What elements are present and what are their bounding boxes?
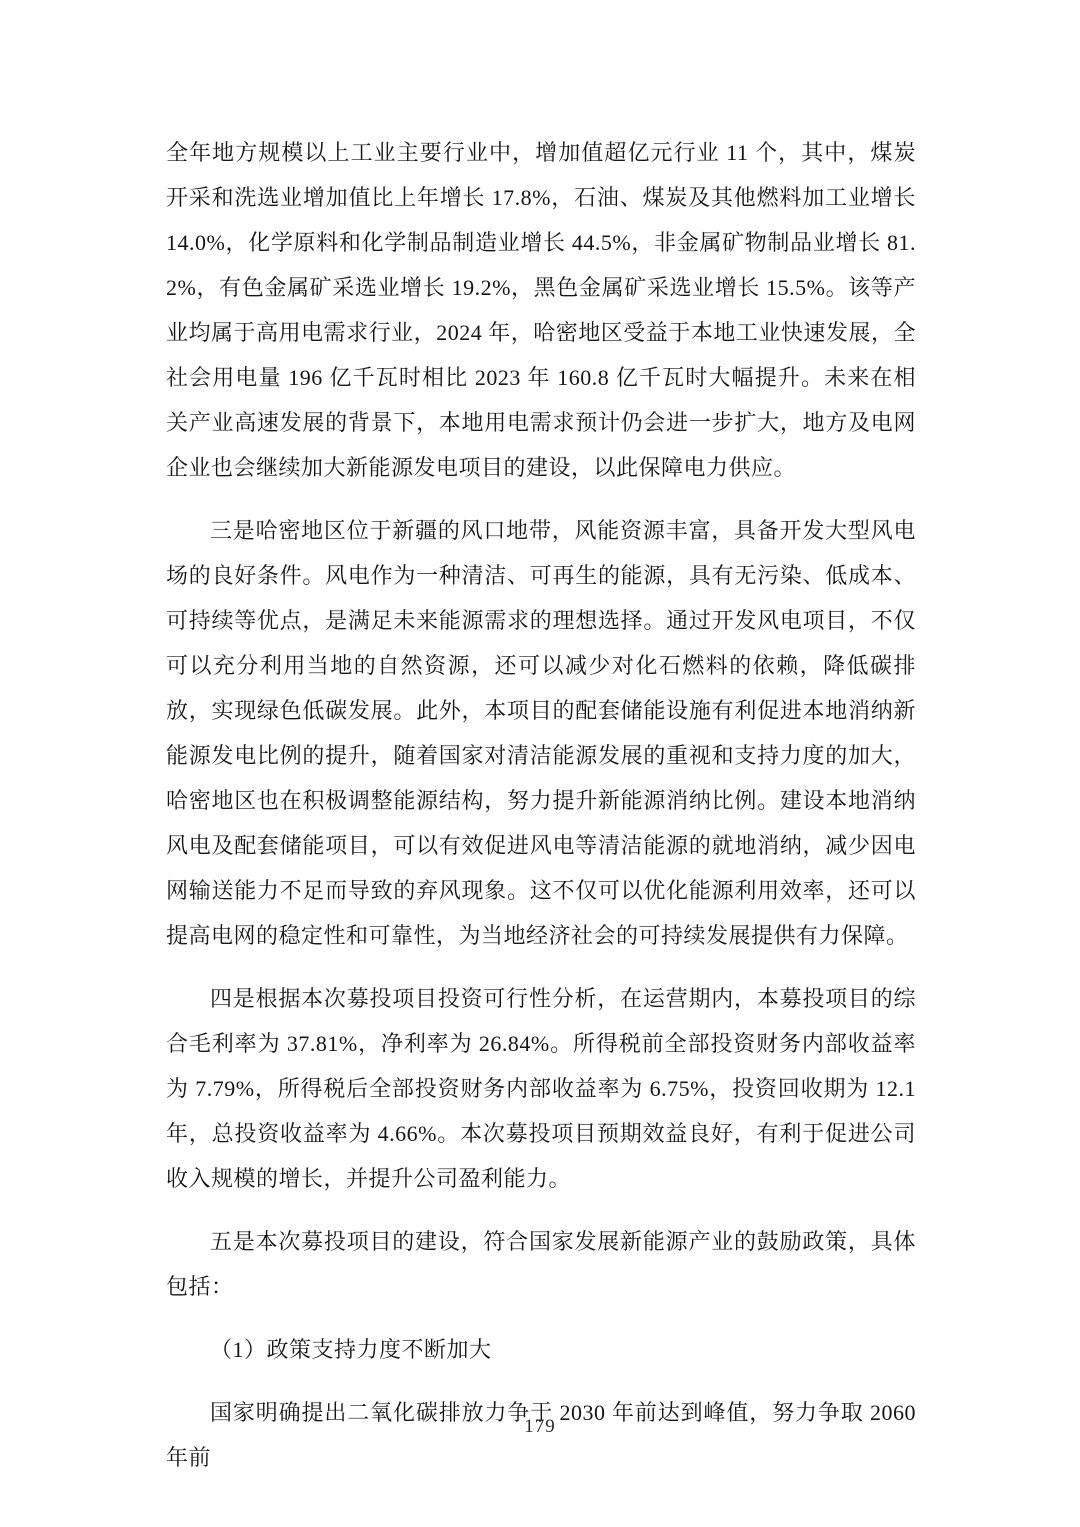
paragraph: 全年地方规模以上工业主要行业中，增加值超亿元行业 11 个，其中，煤炭开采和洗选… (166, 130, 916, 490)
page-number: 179 (524, 1416, 556, 1437)
document-body: 全年地方规模以上工业主要行业中，增加值超亿元行业 11 个，其中，煤炭开采和洗选… (166, 130, 916, 1480)
page-footer: 179 (0, 1412, 1080, 1442)
paragraph: 三是哈密地区位于新疆的风口地带，风能资源丰富，具备开发大型风电场的良好条件。风电… (166, 508, 916, 958)
paragraph: （1）政策支持力度不断加大 (166, 1327, 916, 1372)
paragraph: 四是根据本次募投项目投资可行性分析，在运营期内，本募投项目的综合毛利率为 37.… (166, 976, 916, 1201)
paragraph: 五是本次募投项目的建设，符合国家发展新能源产业的鼓励政策，具体包括： (166, 1219, 916, 1309)
document-page: 全年地方规模以上工业主要行业中，增加值超亿元行业 11 个，其中，煤炭开采和洗选… (0, 0, 1080, 1527)
